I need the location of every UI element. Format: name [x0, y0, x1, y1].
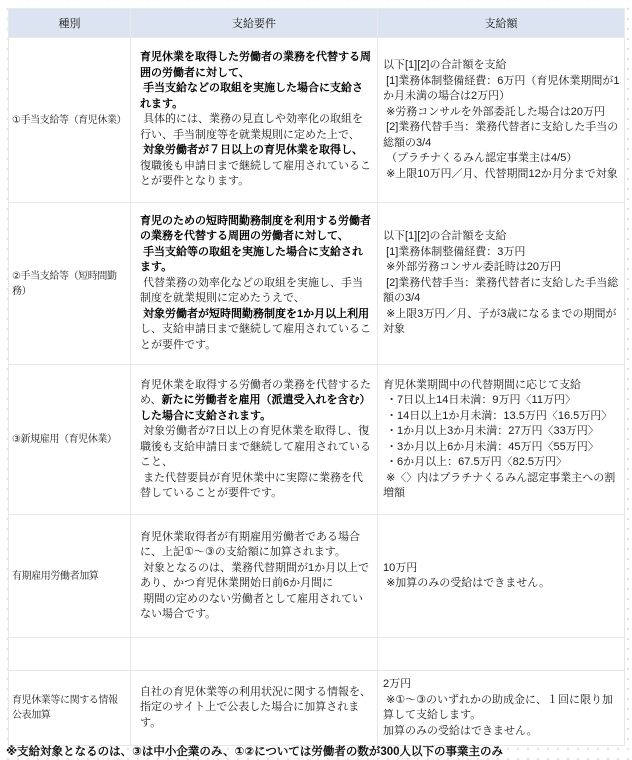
requirements-cell: 育児のための短時間勤務制度を利用する労働者の業務を代替する周囲の労働者に対して、…: [131, 203, 378, 365]
requirement-paragraph: 具体的には、業務の見直しや効率化の取組を行い、手当制度等を就業規則に定めた上で、: [140, 112, 373, 143]
header-row: 種別 支給要件 支給額: [9, 9, 625, 38]
requirement-paragraph: 育児のための短時間勤務制度を利用する労働者の業務を代替する周囲の労働者に対して、: [140, 214, 373, 245]
text-segment: 手当支給などの取組を実施した場合に支給されます。: [140, 82, 363, 110]
text-segment: 育児休業取得者が有期雇用労働者である場合に、上記①～③の支給額に加算されます。: [140, 531, 360, 559]
table-row: 有期雇用労働者加算育児休業取得者が有期雇用労働者である場合に、上記①～③の支給額…: [9, 515, 625, 638]
requirement-paragraph: 対象労働者が7日以上の育児休業を取得し、復職後も支給申請日まで継続して雇用されて…: [140, 424, 373, 471]
row-type-cell: ③新規雇用（育児休業）: [9, 365, 131, 515]
text-segment: 具体的には、業務の見直しや効率化の取組を行い、手当制度等を就業規則に定めた上で、: [140, 113, 363, 141]
text-segment: 対象となるのは、業務代替期間が1か月以上であり、かつ育児休業開始日前6か月間に: [140, 562, 369, 590]
requirement-paragraph: 手当支給などの取組を実施した場合に支給されます。: [140, 81, 373, 112]
requirement-paragraph: 対象となるのは、業務代替期間が1か月以上であり、かつ育児休業開始日前6か月間に: [140, 561, 373, 592]
amount-cell: 2万円 ※①～③のいずれかの助成金に、１回に限り加算して支給します。 加算のみの…: [378, 671, 625, 746]
text-segment: 復職後も申請日まで継続して雇用されていることが要件となります。: [140, 160, 371, 188]
text-segment: 育児休業を取得した労働者の業務を代替する周囲の労働者に対して、: [140, 51, 371, 79]
requirement-paragraph: 期間の定めのない労働者として雇用されていない場合です。: [140, 592, 373, 623]
text-segment: 代替業務の効率化などの取組を実施し、手当制度を就業規則に定めたうえで、: [140, 277, 363, 305]
text-segment: し、支給申請日まで継続して雇用されていることが要件です。: [140, 323, 371, 351]
text-segment: 新たに労働者を雇用（派遣受入れを含む）した場合に支給されます。: [140, 394, 371, 422]
requirement-paragraph: 育児休業を取得した労働者の業務を代替する周囲の労働者に対して、: [140, 50, 373, 81]
text-segment: 対象労働者が短時間勤務制度を1か月以上利用: [140, 308, 369, 320]
text-segment: 対象労働者が７日以上の育児休業を取得し、: [140, 144, 363, 156]
text-segment: 対象労働者が7日以上の育児休業を取得し、復職後も支給申請日まで継続して雇用されて…: [140, 425, 371, 468]
row-type-cell: 育児休業等に関する情報 公表加算: [9, 671, 131, 746]
text-segment: 自社の育児休業等の利用状況に関する情報を、指定のサイト上で公表した場合に加算され…: [140, 686, 371, 729]
column-header-type: 種別: [9, 9, 131, 38]
spacer-row: [9, 638, 625, 671]
column-header-requirement: 支給要件: [131, 9, 378, 38]
text-segment: 期間の定めのない労働者として雇用されていない場合です。: [140, 593, 363, 621]
text-segment: 手当支給等の取組を実施した場合に支給されます。: [140, 246, 363, 274]
table-row: ③新規雇用（育児休業）育児休業を取得する労働者の業務を代替するため、新たに労働者…: [9, 365, 625, 515]
table-row: ①手当支給等（育児休業）育児休業を取得した労働者の業務を代替する周囲の労働者に対…: [9, 38, 625, 203]
amount-cell: 育児休業期間中の代替期間に応じて支給 ・7日以上14日未満：9万円〈11万円〉 …: [378, 365, 625, 515]
text-segment: また代替要員が育児休業中に実際に業務を代替していることが要件です。: [140, 472, 363, 500]
requirements-cell: 育児休業を取得する労働者の業務を代替するため、新たに労働者を雇用（派遣受入れを含…: [131, 365, 378, 515]
grant-summary-table: 種別 支給要件 支給額 ①手当支給等（育児休業）育児休業を取得した労働者の業務を…: [8, 8, 625, 746]
requirements-cell: 育児休業を取得した労働者の業務を代替する周囲の労働者に対して、 手当支給などの取…: [131, 38, 378, 203]
requirement-paragraph: また代替要員が育児休業中に実際に業務を代替していることが要件です。: [140, 471, 373, 502]
requirement-paragraph: 育児休業を取得する労働者の業務を代替するため、新たに労働者を雇用（派遣受入れを含…: [140, 378, 373, 425]
text-segment: 育児のための短時間勤務制度を利用する労働者の業務を代替する周囲の労働者に対して、: [140, 215, 371, 243]
requirements-cell: 育児休業取得者が有期雇用労働者である場合に、上記①～③の支給額に加算されます。 …: [131, 515, 378, 638]
requirements-cell: 自社の育児休業等の利用状況に関する情報を、指定のサイト上で公表した場合に加算され…: [131, 671, 378, 746]
amount-cell: 10万円 ※加算のみの受給はできません。: [378, 515, 625, 638]
requirement-paragraph: 育児休業取得者が有期雇用労働者である場合に、上記①～③の支給額に加算されます。: [140, 530, 373, 561]
row-type-cell: ②手当支給等（短時間勤 務）: [9, 203, 131, 365]
requirement-paragraph: 対象労働者が７日以上の育児休業を取得し、復職後も申請日まで継続して雇用されている…: [140, 143, 373, 190]
amount-cell: 以下[1][2]の合計額を支給 [1]業務体制整備経費：3万円 ※外部労務コンサ…: [378, 203, 625, 365]
table-body: ①手当支給等（育児休業）育児休業を取得した労働者の業務を代替する周囲の労働者に対…: [9, 38, 625, 746]
requirement-paragraph: 代替業務の効率化などの取組を実施し、手当制度を就業規則に定めたうえで、: [140, 276, 373, 307]
requirement-paragraph: 自社の育児休業等の利用状況に関する情報を、指定のサイト上で公表した場合に加算され…: [140, 685, 373, 732]
row-type-cell: 有期雇用労働者加算: [9, 515, 131, 638]
amount-cell: [378, 638, 625, 671]
eligibility-footnote: ※支給対象となるのは、③は中小企業のみ、①②については労働者の数が300人以下の…: [6, 743, 503, 759]
requirement-paragraph: 対象労働者が短時間勤務制度を1か月以上利用し、支給申請日まで継続して雇用されてい…: [140, 307, 373, 354]
row-type-cell: ①手当支給等（育児休業）: [9, 38, 131, 203]
requirements-cell: [131, 638, 378, 671]
table-row: 育児休業等に関する情報 公表加算自社の育児休業等の利用状況に関する情報を、指定の…: [9, 671, 625, 746]
column-header-amount: 支給額: [378, 9, 625, 38]
amount-cell: 以下[1][2]の合計額を支給 [1]業務体制整備経費：6万円（育児休業期間が1…: [378, 38, 625, 203]
table-row: ②手当支給等（短時間勤 務）育児のための短時間勤務制度を利用する労働者の業務を代…: [9, 203, 625, 365]
page-background: 種別 支給要件 支給額 ①手当支給等（育児休業）育児休業を取得した労働者の業務を…: [0, 0, 632, 760]
row-type-cell: [9, 638, 131, 671]
requirement-paragraph: 手当支給等の取組を実施した場合に支給されます。: [140, 245, 373, 276]
